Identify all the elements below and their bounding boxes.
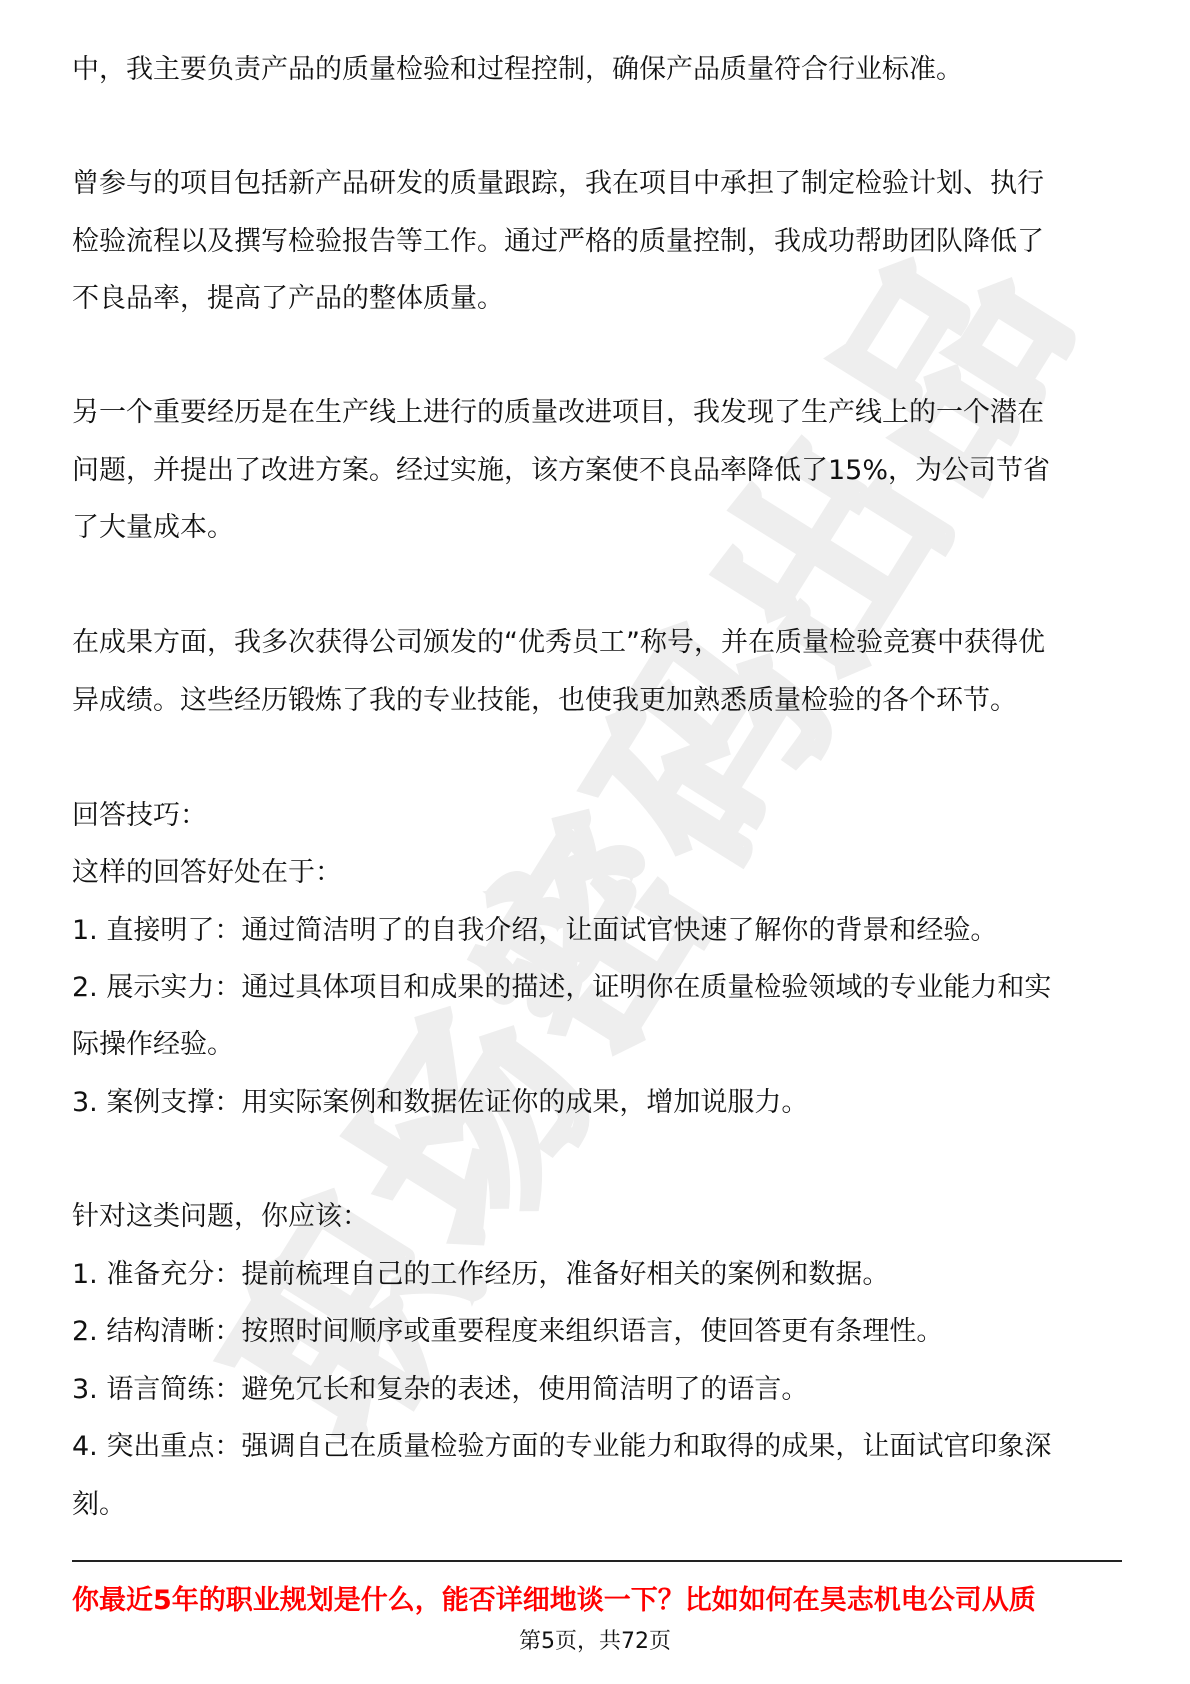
tips-heading: 回答技巧： xyxy=(72,799,207,833)
paragraph-3-line-1: 另一个重要经历是在生产线上进行的质量改进项目，我发现了生产线上的一个潜在 xyxy=(72,396,1044,430)
tips-item-1: 1. 直接明了：通过简洁明了的自我介绍，让面试官快速了解你的背景和经验。 xyxy=(72,914,997,948)
advice-item-4: 4. 突出重点：强调自己在质量检验方面的专业能力和取得的成果，让面试官印象深 xyxy=(72,1430,1051,1464)
paragraph-4-line-1: 在成果方面，我多次获得公司颁发的“优秀员工”称号，并在质量检验竞赛中获得优 xyxy=(72,626,1045,660)
advice-item-2: 2. 结构清晰：按照时间顺序或重要程度来组织语言，使回答更有条理性。 xyxy=(72,1315,943,1349)
tips-item-3: 3. 案例支撑：用实际案例和数据佐证你的成果，增加说服力。 xyxy=(72,1086,808,1120)
tips-item-2: 2. 展示实力：通过具体项目和成果的描述，证明你在质量检验领域的专业能力和实 xyxy=(72,971,1051,1005)
tips-item-2-cont: 际操作经验。 xyxy=(72,1028,234,1062)
next-question-heading: 你最近5年的职业规划是什么，能否详细地谈一下？比如如何在昊志机电公司从质 xyxy=(72,1584,1036,1618)
paragraph-2-line-3: 不良品率，提高了产品的整体质量。 xyxy=(72,282,504,316)
tips-intro: 这样的回答好处在于： xyxy=(72,856,342,890)
paragraph-3-line-2: 问题，并提出了改进方案。经过实施，该方案使不良品率降低了15%，为公司节省 xyxy=(72,454,1050,488)
page-number: 第5页，共72页 xyxy=(0,1628,1190,1656)
advice-item-1: 1. 准备充分：提前梳理自己的工作经历，准备好相关的案例和数据。 xyxy=(72,1258,889,1292)
paragraph-2-line-2: 检验流程以及撰写检验报告等工作。通过严格的质量控制，我成功帮助团队降低了 xyxy=(72,225,1044,259)
advice-intro: 针对这类问题，你应该： xyxy=(72,1200,369,1234)
paragraph-3-line-3: 了大量成本。 xyxy=(72,511,234,545)
paragraph-4-line-2: 异成绩。这些经历锻炼了我的专业技能，也使我更加熟悉质量检验的各个环节。 xyxy=(72,684,1017,718)
paragraph-1-line-1: 中，我主要负责产品的质量检验和过程控制，确保产品质量符合行业标准。 xyxy=(72,53,963,87)
advice-item-3: 3. 语言简练：避免冗长和复杂的表述，使用简洁明了的语言。 xyxy=(72,1373,808,1407)
advice-item-4-cont: 刻。 xyxy=(72,1488,126,1522)
paragraph-2-line-1: 曾参与的项目包括新产品研发的质量跟踪，我在项目中承担了制定检验计划、执行 xyxy=(72,167,1044,201)
section-divider xyxy=(72,1560,1122,1562)
